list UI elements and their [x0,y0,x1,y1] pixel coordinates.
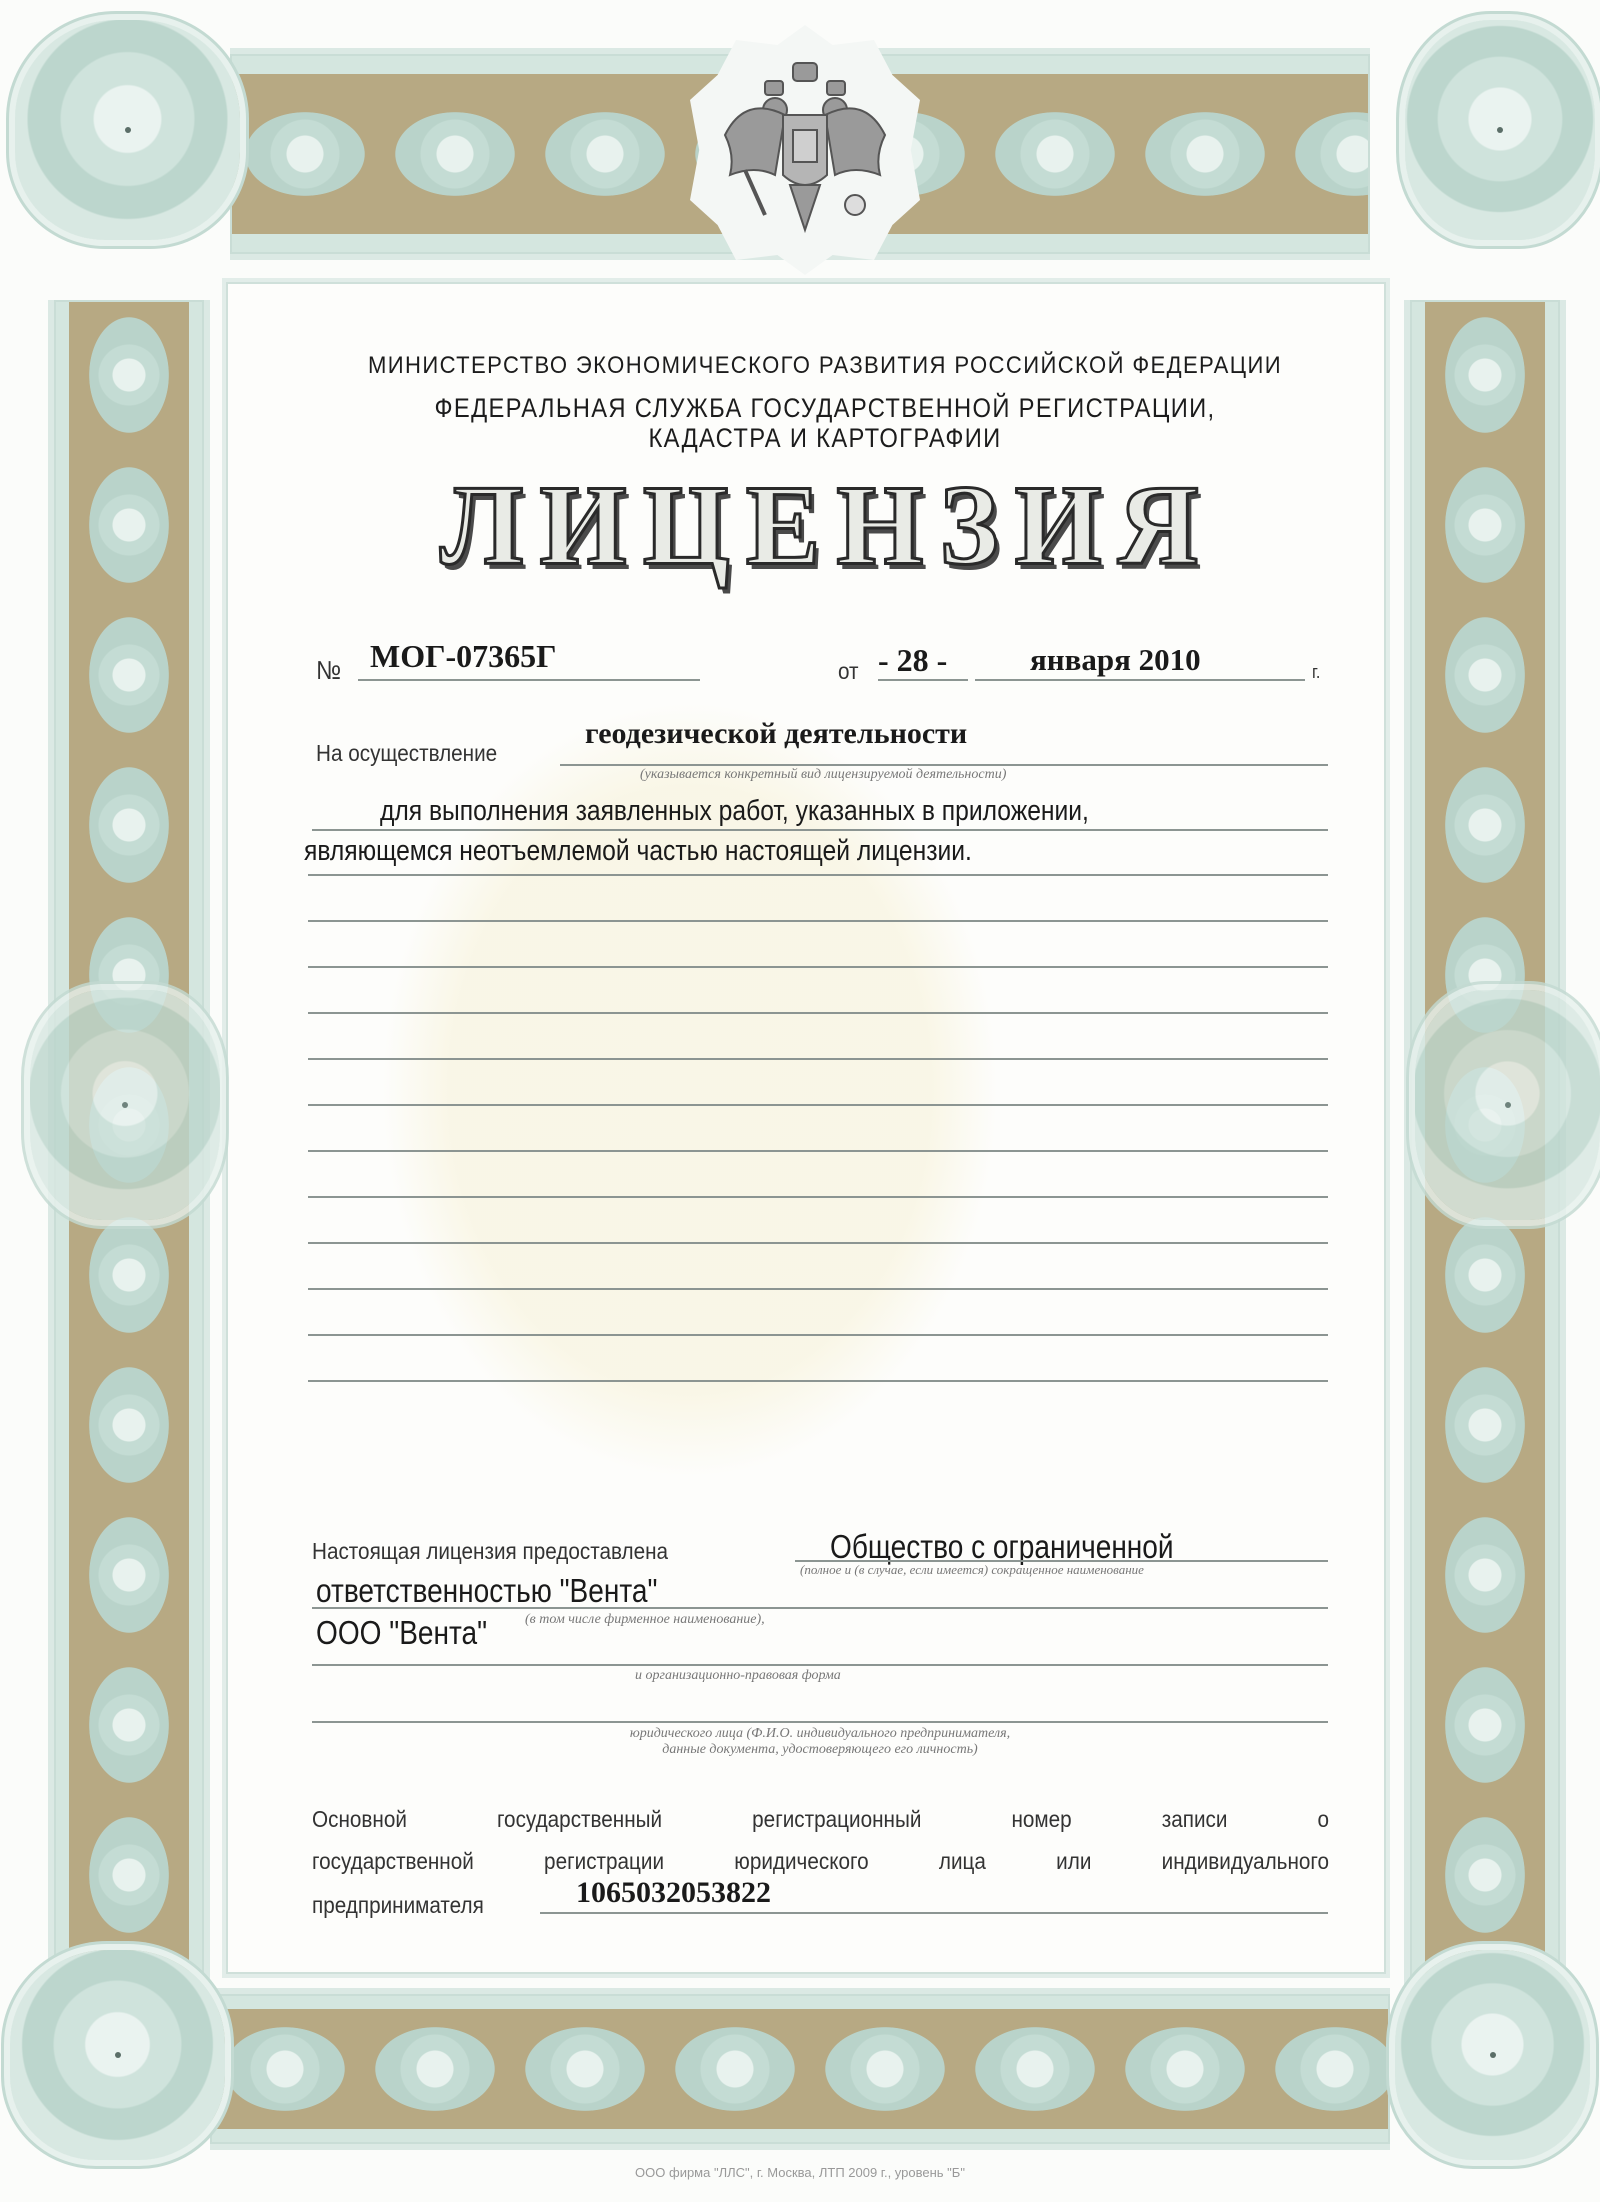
ogrn-label-line1: Основной государственный регистрационный… [312,1806,1329,1833]
document-title: ЛИЦЕНЗИЯ [440,469,1210,583]
blank-line [308,1288,1328,1290]
bottom-border-band [210,1988,1390,2150]
blank-line [308,1150,1328,1152]
activity-underline [560,764,1328,766]
date-suffix: г. [1312,662,1320,683]
service-name-line1: ФЕДЕРАЛЬНАЯ СЛУЖБА ГОСУДАРСТВЕННОЙ РЕГИС… [337,393,1314,424]
ogrn-value: 1065032053822 [576,1876,771,1910]
grantee-hint1: (полное и (в случае, если имеется) сокра… [800,1562,1144,1578]
blank-line [308,1242,1328,1244]
grantee-hint4-line2: данные документа, удостоверяющего его ли… [300,1742,1340,1758]
activity-line2-underline [312,829,1328,831]
activity-hint: (указывается конкретный вид лицензируемо… [640,767,1006,783]
date-day: - 28 - [878,642,947,679]
corner-ornament-top-left-icon [15,20,240,240]
russian-coat-of-arms-icon [715,55,895,245]
license-number: МОГ-07365Г [370,638,556,675]
date-underline [975,679,1305,681]
grantee-name-line2: ответственностью "Вента" [316,1572,657,1610]
corner-ornament-bottom-left-icon [10,1950,225,2160]
service-name-line2: КАДАСТРА И КАРТОГРАФИИ [337,423,1314,454]
date-day-underline [878,679,968,681]
blank-line [308,920,1328,922]
printer-imprint: ООО фирма "ЛЛС", г. Москва, ЛТП 2009 г.,… [500,2165,1100,2180]
activity-value: геодезической деятельности [585,717,967,751]
number-label: № [316,655,341,686]
grantee-hint2: (в том числе фирменное наименование), [525,1612,765,1628]
blank-line [308,1058,1328,1060]
ministry-name: МИНИСТЕРСТВО ЭКОНОМИЧЕСКОГО РАЗВИТИЯ РОС… [314,352,1335,380]
blank-line [308,1104,1328,1106]
activity-label: На осуществление [316,740,497,767]
blank-line [308,1380,1328,1382]
blank-line [308,1334,1328,1336]
grantee-line2-underline [312,1607,1328,1609]
blank-line [308,1012,1328,1014]
grantee-line4-underline [312,1721,1328,1723]
side-ornament-right-icon [1415,990,1600,1220]
date-from-label: от [838,658,859,685]
ogrn-underline [540,1912,1328,1914]
grantee-short-name: ООО "Вента" [316,1614,487,1652]
side-ornament-left-icon [30,990,220,1220]
date-month-year: января 2010 [1030,642,1201,678]
activity-line2: для выполнения заявленных работ, указанн… [380,795,1089,828]
blank-line [308,1196,1328,1198]
number-underline [358,679,700,681]
corner-ornament-bottom-right-icon [1395,1950,1590,2160]
blank-line [308,966,1328,968]
grantee-hint3: и организационно-правовая форма [635,1668,841,1684]
grantee-hint4-line1: юридического лица (Ф.И.О. индивидуальног… [300,1726,1340,1742]
activity-line3: являющемся неотъемлемой частью настоящей… [304,835,972,868]
ogrn-label-line3: предпринимателя [312,1892,484,1919]
corner-ornament-top-right-icon [1405,20,1595,240]
grantee-label: Настоящая лицензия предоставлена [312,1538,668,1565]
blank-line [308,874,1328,876]
grantee-line3-underline [312,1664,1328,1666]
ogrn-label-line2: государственной регистрации юридического… [312,1848,1329,1875]
